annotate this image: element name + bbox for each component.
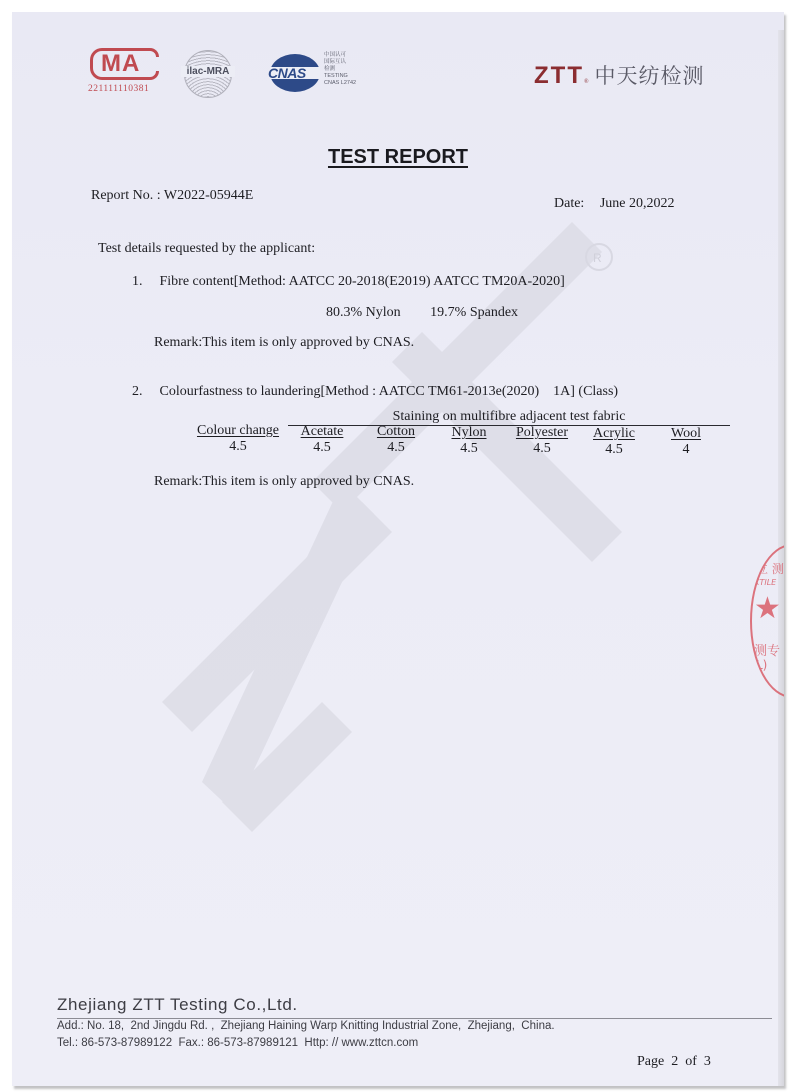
ilac-mra-logo: ilac-MRA bbox=[184, 50, 232, 98]
stamp-text: L) bbox=[756, 658, 767, 672]
cma-label: MA bbox=[101, 51, 140, 77]
column-header: Polyester bbox=[506, 425, 578, 441]
column-value: 4.5 bbox=[584, 442, 644, 458]
item-number: 2. bbox=[132, 384, 156, 400]
company-name: Zhejiang ZTT Testing Co.,Ltd. bbox=[57, 995, 298, 1015]
column-value: 4.5 bbox=[506, 441, 578, 457]
star-icon: ★ bbox=[754, 594, 781, 624]
composition-nylon: 80.3% Nylon bbox=[326, 305, 401, 320]
report-number: Report No. : W2022-05944E bbox=[91, 188, 253, 204]
column-value: 4.5 bbox=[188, 439, 288, 455]
column-value: 4.5 bbox=[439, 441, 499, 457]
cnas-oval-icon: CNAS bbox=[270, 54, 320, 92]
cnas-side-text: 中国认可 国际互认 检测 TESTING CNAS L2742 bbox=[324, 52, 356, 87]
svg-text:R: R bbox=[593, 251, 602, 265]
item-title: Colourfastness to laundering[Method : AA… bbox=[160, 384, 619, 399]
column-value: 4 bbox=[666, 442, 706, 458]
composition-spandex: 19.7% Spandex bbox=[430, 305, 518, 320]
fibre-composition: 80.3% Nylon 19.7% Spandex bbox=[326, 305, 518, 321]
result-column-acrylic: Acrylic 4.5 bbox=[584, 426, 644, 458]
stamp-text: 测专 bbox=[754, 640, 780, 659]
result-column-wool: Wool 4 bbox=[666, 426, 706, 458]
result-column-colour-change: Colour change 4.5 bbox=[188, 423, 288, 455]
page-title: TEST REPORT bbox=[12, 146, 784, 169]
ztt-chinese-name: 中天纺检测 bbox=[595, 60, 705, 90]
column-header: Cotton bbox=[366, 424, 426, 440]
column-header: Acrylic bbox=[584, 426, 644, 442]
company-address: Add.: No. 18, 2nd Jingdu Rd. , Zhejiang … bbox=[57, 1020, 555, 1032]
result-column-polyester: Polyester 4.5 bbox=[506, 425, 578, 457]
cnas-label: CNAS bbox=[268, 65, 306, 81]
test-item-colourfastness: 2. Colourfastness to laundering[Method :… bbox=[132, 384, 618, 400]
cma-number: 221111110381 bbox=[88, 84, 158, 94]
report-number-value: W2022-05944E bbox=[164, 188, 253, 203]
stamp-text: 立 测 bbox=[756, 560, 784, 577]
column-value: 4.5 bbox=[292, 440, 352, 456]
report-number-label: Report No. : bbox=[91, 188, 161, 203]
result-column-cotton: Cotton 4.5 bbox=[366, 424, 426, 456]
remark-item-2: Remark:This item is only approved by CNA… bbox=[154, 474, 414, 490]
result-column-acetate: Acetate 4.5 bbox=[292, 424, 352, 456]
staining-header: Staining on multifibre adjacent test fab… bbox=[288, 409, 730, 426]
cnas-logo: CNAS 中国认可 国际互认 检测 TESTING CNAS L2742 bbox=[270, 54, 320, 92]
result-column-nylon: Nylon 4.5 bbox=[439, 425, 499, 457]
date-label: Date: bbox=[554, 196, 584, 211]
company-contact: Tel.: 86-573-87989122 Fax.: 86-573-87989… bbox=[57, 1037, 418, 1049]
stamp-text: XTILE bbox=[754, 578, 776, 587]
test-item-fibre-content: 1. Fibre content[Method: AATCC 20-2018(E… bbox=[132, 274, 565, 290]
page-number: Page 2 of 3 bbox=[637, 1054, 711, 1070]
report-page: R MA 221111110381 ilac-MRA CNAS 中国认可 国际互… bbox=[12, 12, 784, 1086]
cma-logo: MA 221111110381 bbox=[88, 48, 158, 94]
official-seal-stamp: 立 测 XTILE ★ 测专 L) bbox=[750, 544, 784, 698]
column-header: Colour change bbox=[188, 423, 288, 439]
item-number: 1. bbox=[132, 274, 156, 290]
item-title: Fibre content[Method: AATCC 20-2018(E201… bbox=[160, 274, 565, 289]
column-value: 4.5 bbox=[366, 440, 426, 456]
report-date: Date: June 20,2022 bbox=[554, 196, 675, 212]
ztt-brand-logo: ZTT ® 中天纺检测 bbox=[534, 60, 705, 90]
intro-text: Test details requested by the applicant: bbox=[98, 241, 315, 257]
ztt-watermark: R bbox=[12, 12, 784, 1086]
column-header: Acetate bbox=[292, 424, 352, 440]
column-header: Nylon bbox=[439, 425, 499, 441]
remark-item-1: Remark:This item is only approved by CNA… bbox=[154, 335, 414, 351]
registered-mark: ® bbox=[584, 79, 589, 85]
footer-divider bbox=[57, 1018, 772, 1019]
column-header: Wool bbox=[666, 426, 706, 442]
ztt-wordmark: ZTT bbox=[534, 62, 584, 90]
ilac-label: ilac-MRA bbox=[181, 66, 235, 77]
date-value: June 20,2022 bbox=[600, 196, 675, 211]
